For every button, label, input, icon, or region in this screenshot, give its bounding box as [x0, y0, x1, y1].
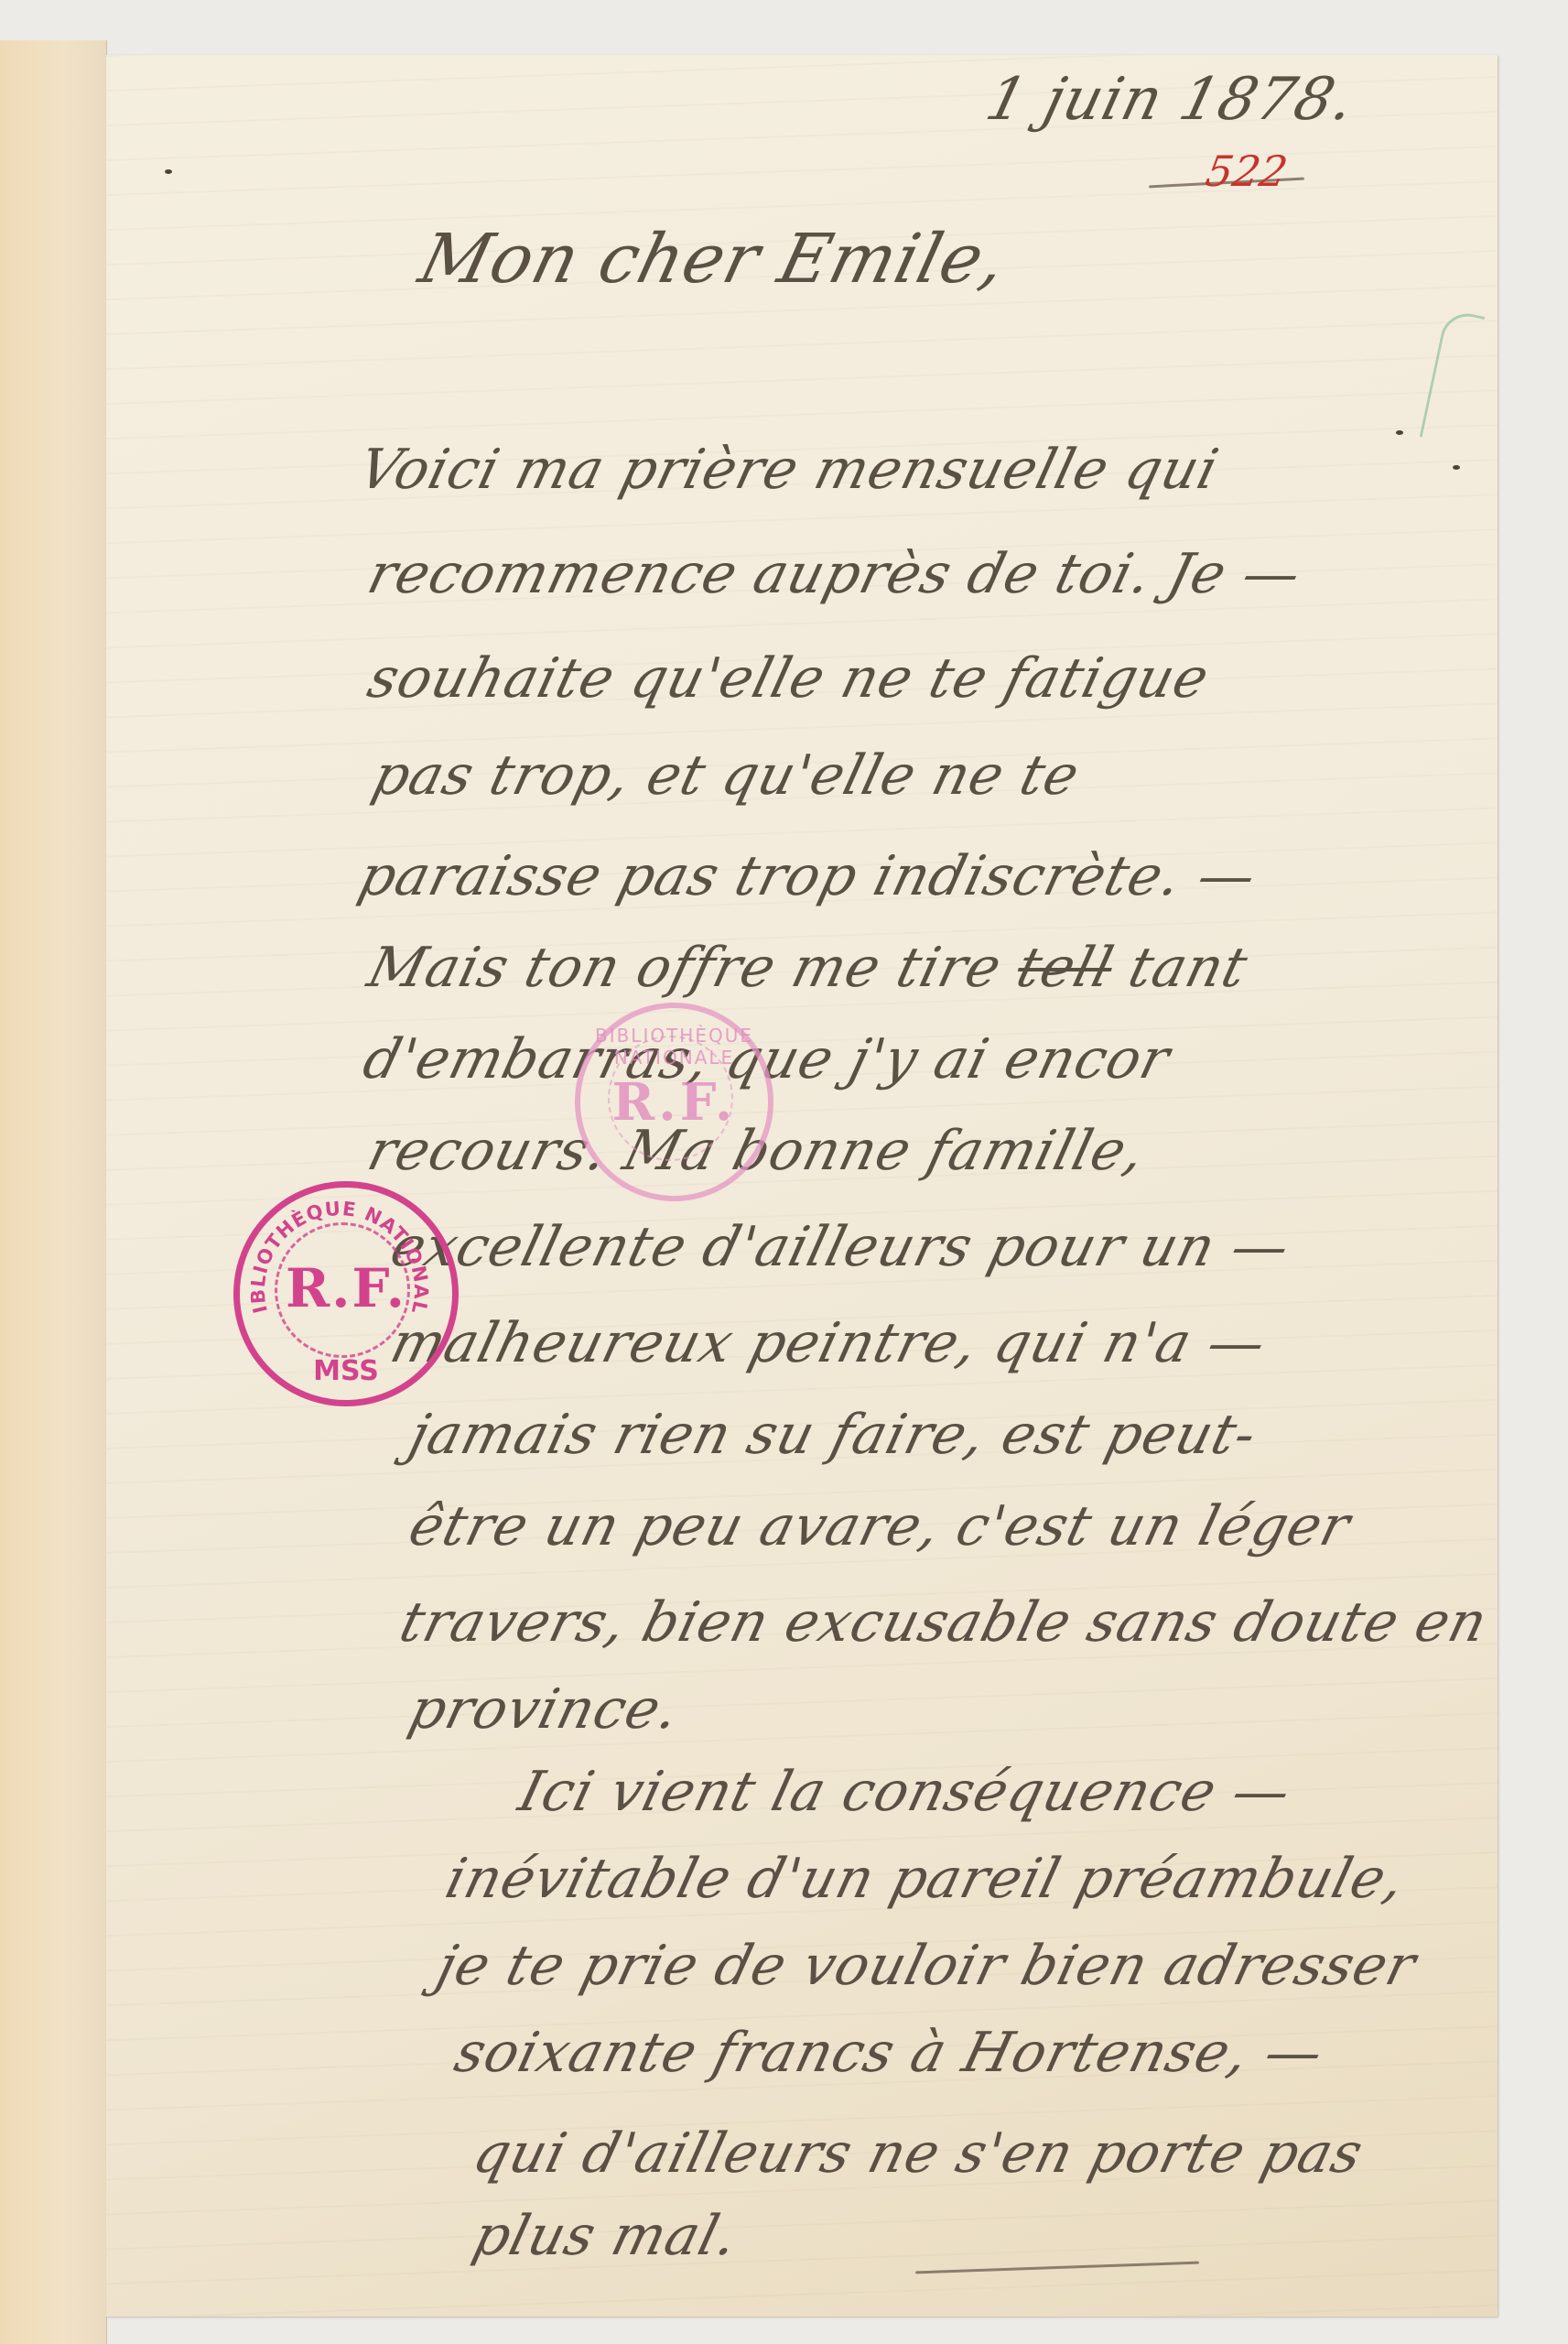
line-text: tant	[1104, 936, 1254, 1000]
ink-speck	[1453, 465, 1460, 470]
letter-line: qui d'ailleurs ne s'en porte pas	[467, 2122, 1369, 2186]
ink-speck	[165, 169, 172, 174]
letter-line: paraisse pas trop indiscrète. —	[352, 844, 1263, 908]
line-text: Mais ton offre me tire	[362, 936, 1026, 1000]
stamp-bottom-text: MSS	[240, 1355, 452, 1387]
letter-date: 1 juin 1878.	[979, 66, 1362, 134]
letter-line: souhaite qu'elle ne te fatigue	[362, 646, 1216, 711]
library-stamp-bibliotheque-nationale: BIBLIOTHÈQUE NATIONALE R.F. MSS	[233, 1181, 459, 1406]
stamp-ring-text: BIBLIOTHÈQUE NATIONALE	[580, 1025, 768, 1069]
letter-line: excellente d'ailleurs pour un —	[384, 1215, 1296, 1279]
letter-line: Mais ton offre me tire tell tant	[362, 936, 1254, 1000]
letter-line: soixante francs à Hortense, —	[449, 2021, 1330, 2085]
struck-word: tell	[1011, 936, 1119, 1000]
letter-line: jamais rien su faire, est peut-	[403, 1403, 1263, 1467]
letter-line: je te prie de vouloir bien adresser	[430, 1934, 1422, 1998]
letter-line: recommence auprès de toi. Je —	[362, 542, 1308, 606]
letter-greeting: Mon cher Emile,	[412, 220, 1015, 298]
stamp-center-text: R.F.	[286, 1257, 406, 1319]
library-stamp-faint: BIBLIOTHÈQUE NATIONALE R.F.	[575, 1003, 773, 1201]
letter-line: inévitable d'un pareil préambule,	[439, 1847, 1411, 1911]
letter-line: Ici vient la conséquence —	[513, 1760, 1298, 1824]
letter-line: travers, bien excusable sans doute en	[394, 1590, 1494, 1655]
previous-page-edge	[0, 40, 107, 2344]
letter-line: pas trop, et qu'elle ne te	[366, 743, 1087, 808]
letter-line: province.	[403, 1677, 687, 1742]
letter-line: Voici ma prière mensuelle qui	[352, 438, 1225, 502]
ink-speck	[1396, 430, 1403, 435]
archive-folio-number: 522	[1202, 146, 1291, 196]
letter-line: plus mal.	[467, 2204, 744, 2268]
letter-line: être un peu avare, c'est un léger	[403, 1494, 1357, 1558]
letter-line: malheureux peintre, qui n'a —	[384, 1311, 1272, 1375]
